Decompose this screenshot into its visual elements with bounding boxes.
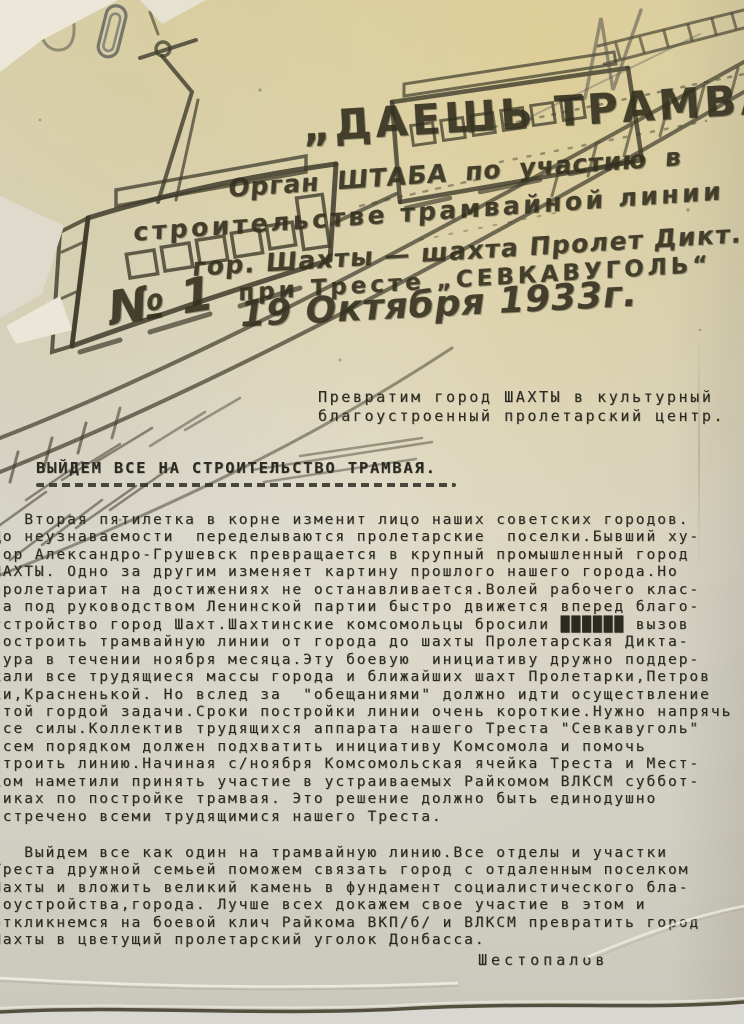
right-crease xyxy=(698,330,700,570)
body-paragraph-1: Вторая пятилетка в корне изменит лицо на… xyxy=(0,512,744,826)
paper-clip-icon xyxy=(80,2,150,66)
headline-underline xyxy=(36,483,456,487)
bottom-torn-edge xyxy=(0,990,744,1024)
slogan: Превратим город ШАХТЫ в культурный благо… xyxy=(318,388,725,426)
crease-lines xyxy=(0,880,744,1000)
scanned-newspaper-page: „ДАЕШЬ ТРАМВАЙ“ Орган ШТАБА по участию в… xyxy=(0,0,744,1024)
headline: ВЫЙДЕМ ВСЕ НА СТРОИТЕЛЬСТВО ТРАМВАЯ. xyxy=(36,459,437,477)
